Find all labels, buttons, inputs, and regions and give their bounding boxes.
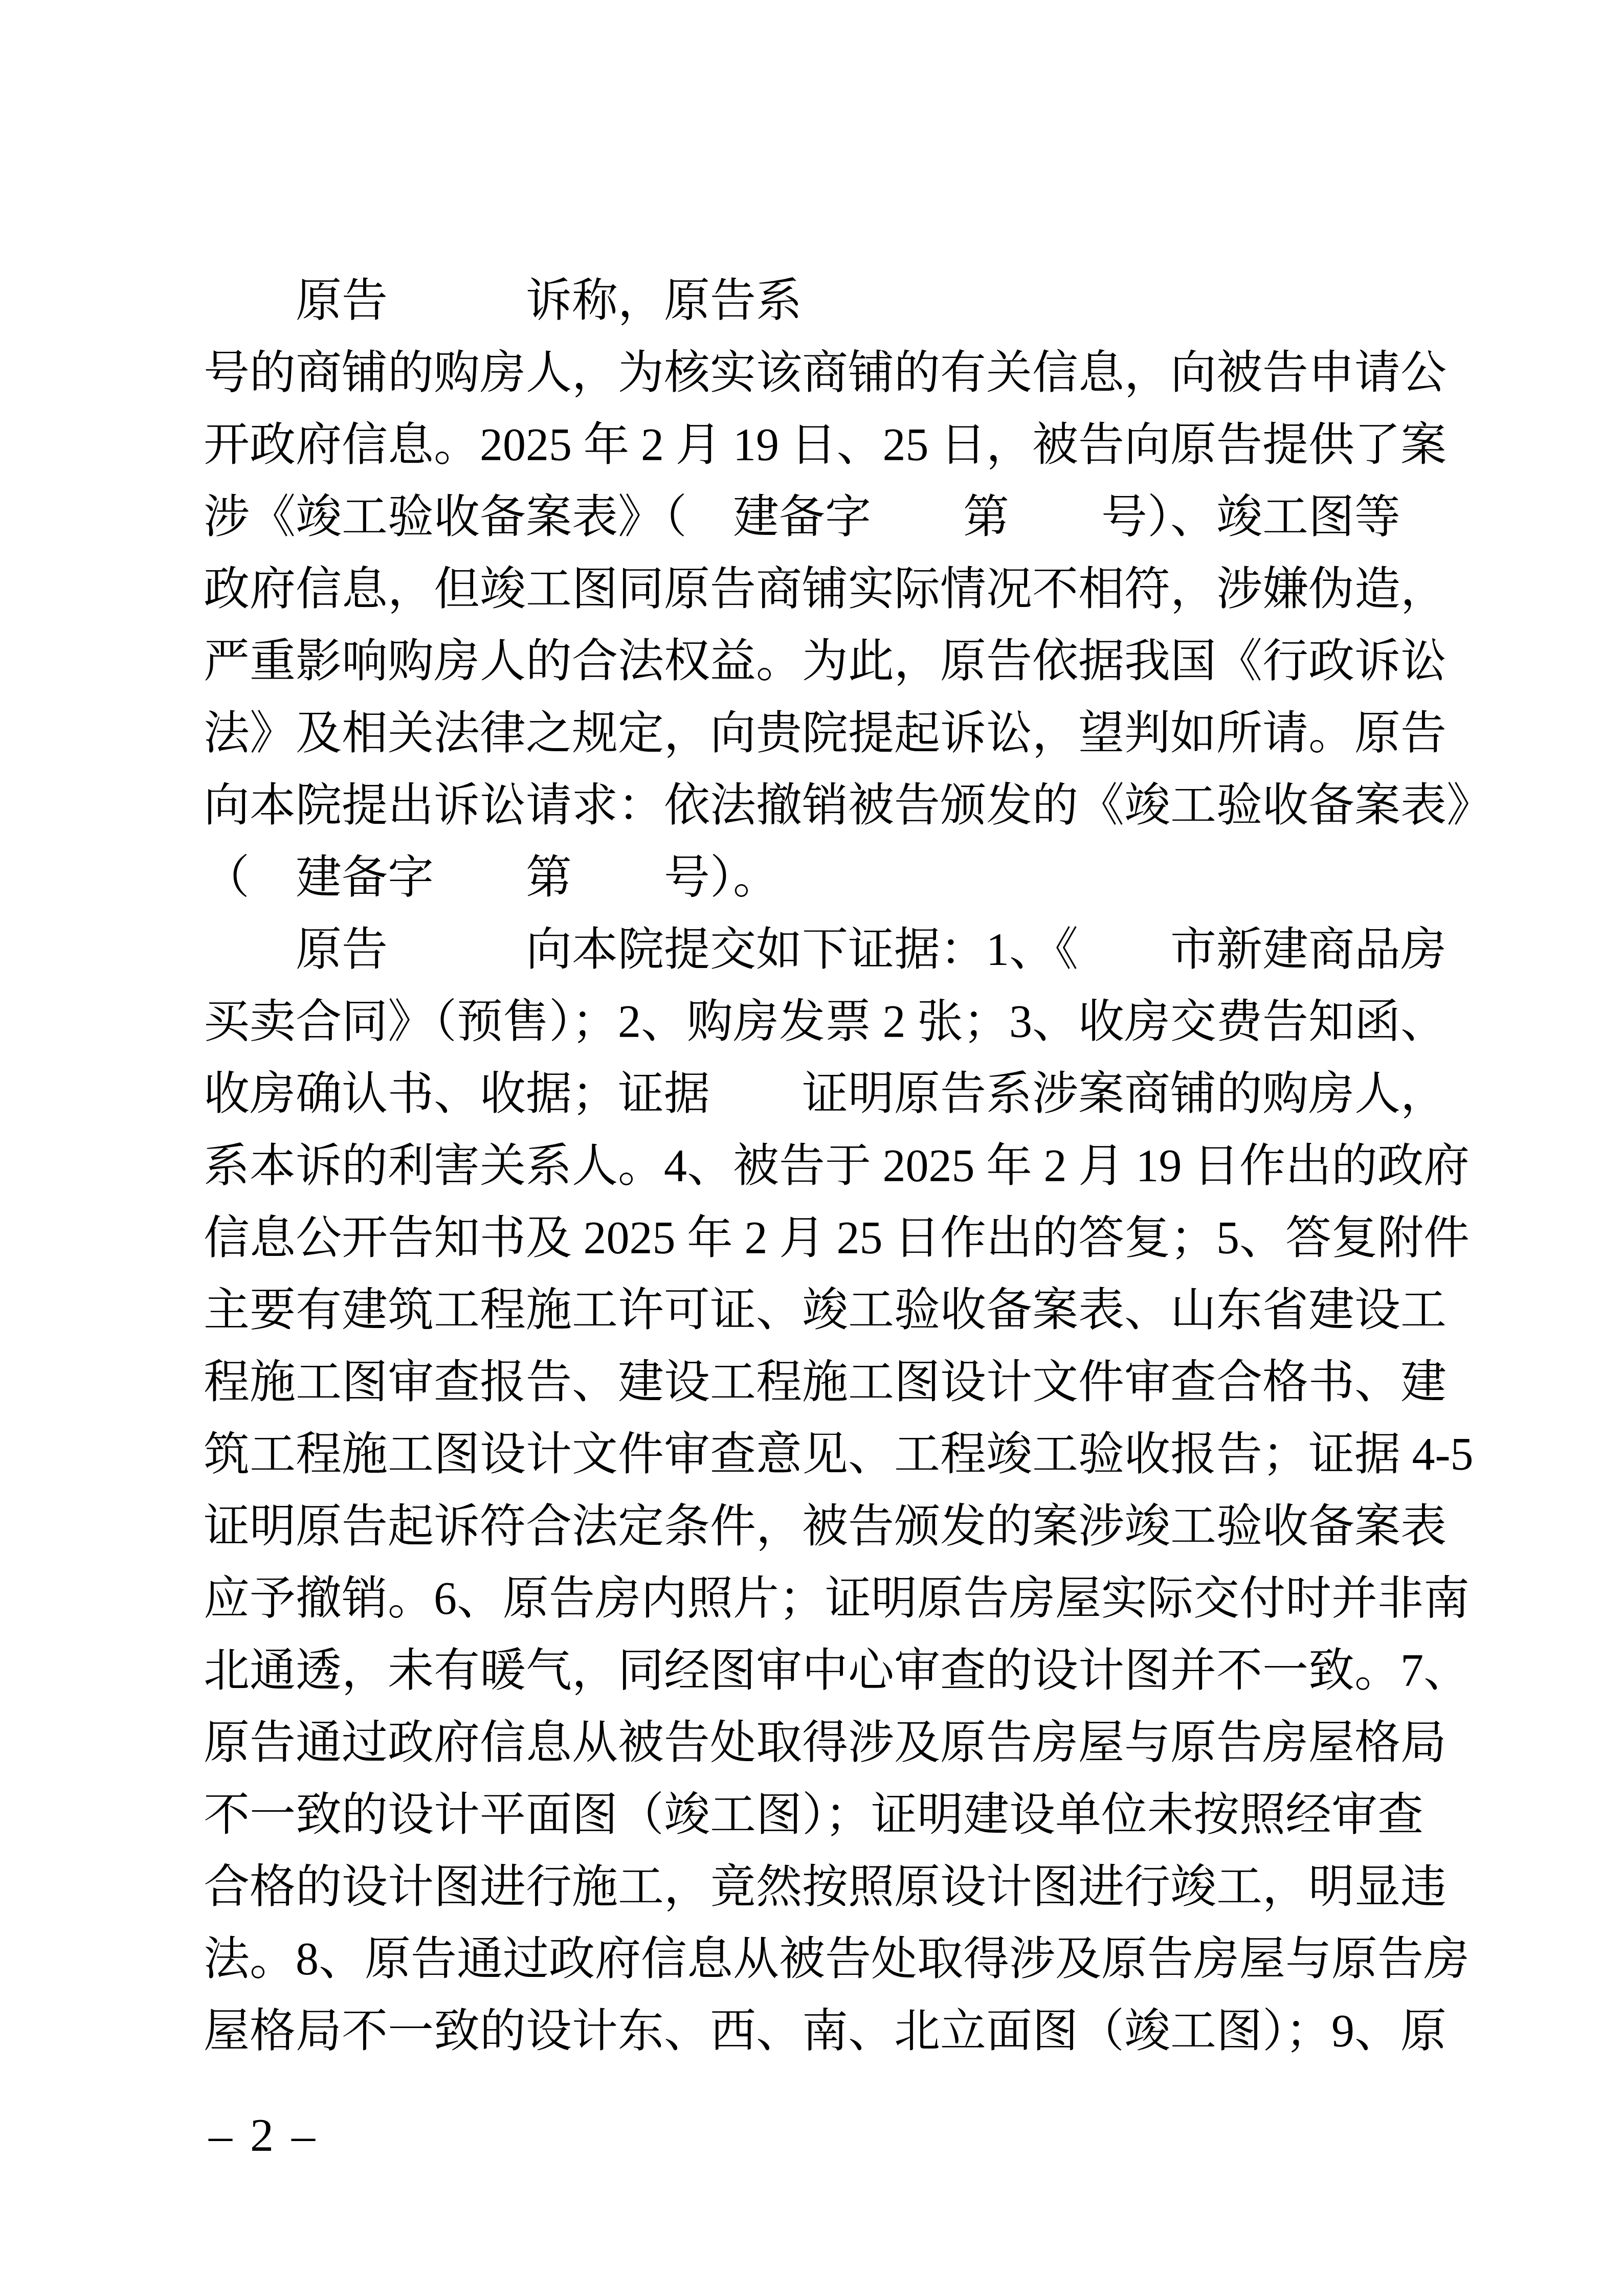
text-line: 程施工图审查报告、建设工程施工图设计文件审查合格书、建 [204, 1346, 1472, 1419]
text-line: 应予撤销。6、原告房内照片；证明原告房屋实际交付时并非南 [204, 1563, 1472, 1635]
text-line: 证明原告起诉符合法定条件，被告颁发的案涉竣工验收备案表 [204, 1491, 1472, 1563]
text-line: 北通透，未有暖气，同经图审中心审查的设计图并不一致。7、 [204, 1635, 1472, 1707]
text-line: 开政府信息。2025 年 2 月 19 日、25 日，被告向原告提供了案 [204, 409, 1472, 481]
text-line: 原告 向本院提交如下证据：1、《 市新建商品房 [204, 914, 1472, 986]
text-line: 涉《竣工验收备案表》（ 建备字 第 号）、竣工图等 [204, 481, 1472, 553]
text-line: 屋格局不一致的设计东、西、南、北立面图（竣工图）；9、原 [204, 1995, 1472, 2067]
text-line: 原告 诉称，原告系 [204, 265, 1472, 337]
text-line: 向本院提出诉讼请求：依法撤销被告颁发的《竣工验收备案表》 [204, 770, 1472, 842]
text-line: 严重影响购房人的合法权益。为此，原告依据我国《行政诉讼 [204, 625, 1472, 697]
text-line: 买卖合同》（预售）；2、购房发票 2 张；3、收房交费告知函、 [204, 986, 1472, 1058]
text-line: （ 建备字 第 号）。 [204, 842, 1472, 914]
text-line: 收房确认书、收据；证据 证明原告系涉案商铺的购房人， [204, 1058, 1472, 1130]
text-line: 筑工程施工图设计文件审查意见、工程竣工验收报告；证据 4-5 [204, 1419, 1472, 1491]
text-line: 信息公开告知书及 2025 年 2 月 25 日作出的答复；5、答复附件 [204, 1202, 1472, 1274]
text-line: 号的商铺的购房人，为核实该商铺的有关信息，向被告申请公 [204, 337, 1472, 409]
text-line: 不一致的设计平面图（竣工图）；证明建设单位未按照经审查 [204, 1779, 1472, 1851]
text-line: 合格的设计图进行施工，竟然按照原设计图进行竣工，明显违 [204, 1851, 1472, 1923]
text-line: 系本诉的利害关系人。4、被告于 2025 年 2 月 19 日作出的政府 [204, 1130, 1472, 1202]
page-number: – 2 – [209, 2107, 318, 2163]
text-line: 法。8、原告通过政府信息从被告处取得涉及原告房屋与原告房 [204, 1923, 1472, 1995]
text-line: 原告通过政府信息从被告处取得涉及原告房屋与原告房屋格局 [204, 1707, 1472, 1779]
document-body: 原告 诉称，原告系 号的商铺的购房人，为核实该商铺的有关信息，向被告申请公 开政… [204, 265, 1472, 2067]
document-page: 原告 诉称，原告系 号的商铺的购房人，为核实该商铺的有关信息，向被告申请公 开政… [0, 0, 1624, 2296]
text-line: 政府信息，但竣工图同原告商铺实际情况不相符，涉嫌伪造， [204, 553, 1472, 625]
text-line: 法》及相关法律之规定，向贵院提起诉讼，望判如所请。原告 [204, 697, 1472, 770]
text-line: 主要有建筑工程施工许可证、竣工验收备案表、山东省建设工 [204, 1274, 1472, 1346]
